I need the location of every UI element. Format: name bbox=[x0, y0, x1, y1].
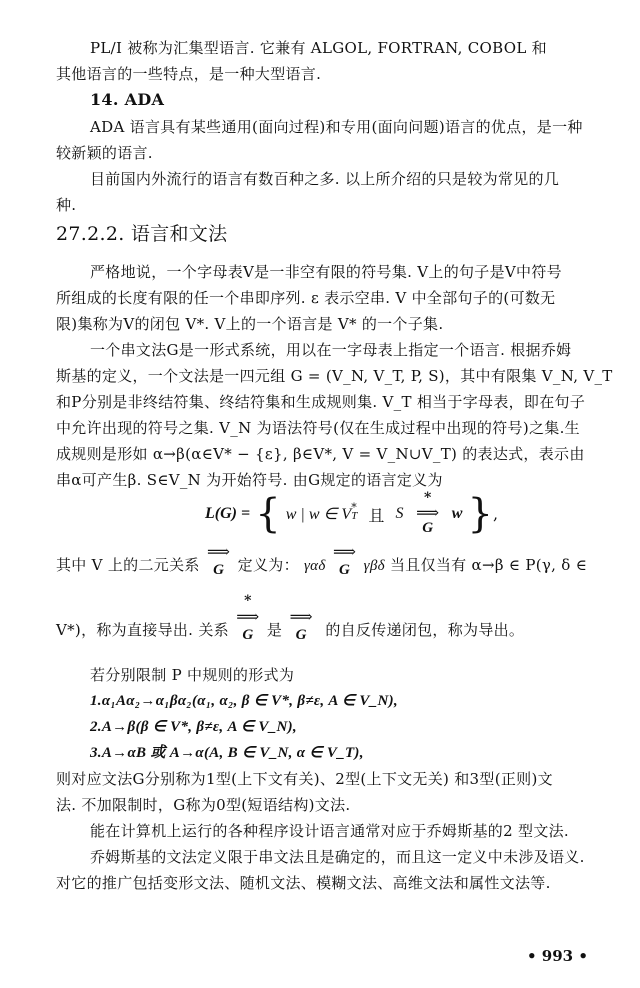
restriction-intro: 若分别限制 P 中规则的形式为 bbox=[90, 665, 294, 685]
body-line: 和P分别是非终结符集、终结符集和生成规则集. V_T 相当于字母表，即在句子 bbox=[56, 392, 585, 412]
direct-derive-arrow: ⟹G bbox=[200, 542, 238, 586]
grammar-label: G bbox=[326, 560, 364, 580]
paragraph-ada-line2: 较新颖的语言. bbox=[56, 143, 153, 163]
page-number: • 993 • bbox=[527, 947, 588, 965]
formula-conj: 且 bbox=[368, 506, 384, 525]
relation-definition: 其中 V 上的二元关系⟹G定义为： γαδ⟹Gγβδ 当且仅当有 α→β ∈ P… bbox=[56, 555, 587, 599]
body-line: 斯基的定义，一个文法是一四元组 G = (V_N, V_T, P, S)，其中有… bbox=[56, 366, 613, 386]
derives-star-arrow: * ⟹ G bbox=[409, 492, 447, 536]
body-line: 严格地说，一个字母表V是一非空有限的符号集. V上的句子是V中符号 bbox=[90, 262, 562, 282]
paragraph-count-line2: 种. bbox=[56, 195, 76, 215]
double-arrow-icon: ⟹ bbox=[282, 607, 320, 627]
relation-text-6: 的自反传递闭包，称为导出。 bbox=[325, 621, 524, 639]
body-line: 成规则是形如 α→β(α∈V* − {ε}, β∈V*, V = V_N∪V_T… bbox=[56, 444, 585, 464]
relation-text-4: V*)，称为直接导出. 关系 bbox=[56, 621, 229, 639]
restriction-conclusion-2: 法. 不加限制时，G称为0型(短语结构)文法. bbox=[56, 795, 350, 815]
relation-closure-line: V*)，称为直接导出. 关系*⟹G是⟹G 的自反传递闭包，称为导出。 bbox=[56, 620, 524, 664]
relation-lhs: γαδ bbox=[304, 558, 326, 574]
relation-text-5: 是 bbox=[267, 621, 282, 639]
relation-text-3: 当且仅当有 α→β ∈ P(γ, δ ∈ bbox=[390, 556, 587, 574]
direct-derive-arrow: ⟹G bbox=[326, 542, 364, 586]
formula-content: w | w ∈ V bbox=[286, 506, 351, 523]
restriction-conclusion-1: 则对应文法G分别称为1型(上下文有关)、2型(上下文无关) 和3型(正则)文 bbox=[56, 769, 553, 789]
rule-type-2: 2.A→β(β ∈ V*, β≠ε, A ∈ V_N), bbox=[90, 717, 297, 737]
formula-start: S bbox=[396, 505, 404, 522]
rule-type-1: 1.α₁Aα₂→α₁βα₂(α₁, α₂, β ∈ V*, β≠ε, A ∈ V… bbox=[90, 691, 398, 711]
double-arrow-icon: ⟹ bbox=[200, 542, 238, 562]
formula-lhs: L(G) = bbox=[205, 505, 250, 522]
grammar-label: G bbox=[282, 625, 320, 645]
double-arrow-icon: ⟹ bbox=[326, 542, 364, 562]
formula-comma: , bbox=[493, 505, 498, 524]
relation-rhs: γβδ bbox=[364, 558, 385, 574]
closing-line-1: 能在计算机上运行的各种程序设计语言通常对应于乔姆斯基的2 型文法. bbox=[90, 821, 569, 841]
formula-target: w bbox=[452, 505, 463, 522]
body-line: 串α可产生β. S∈V_N 为开始符号. 由G规定的语言定义为 bbox=[56, 470, 443, 490]
paragraph-pl1-line2: 其他语言的一些特点，是一种大型语言. bbox=[56, 64, 321, 84]
body-line: 中允许出现的符号之集. V_N 为语法符号(仅在生成过程中出现的符号)之集.生 bbox=[56, 418, 580, 438]
body-line: 所组成的长度有限的任一个串即序列. ε 表示空串. V 中全部句子的(可数无 bbox=[56, 288, 555, 308]
closing-line-3: 对它的推广包括变形文法、随机文法、模糊文法、高维文法和属性文法等. bbox=[56, 873, 551, 893]
paragraph-pl1-line1: PL/I 被称为汇集型语言. 它兼有 ALGOL, FORTRAN, COBOL… bbox=[90, 38, 547, 58]
paragraph-ada-line1: ADA 语言具有某些通用(面向过程)和专用(面向问题)语言的优点，是一种 bbox=[90, 117, 583, 137]
subheading-ada: 14. ADA bbox=[90, 90, 164, 110]
body-line: 一个串文法G是一形式系统，用以在一字母表上指定一个语言. 根据乔姆 bbox=[90, 340, 571, 360]
derive-star-arrow: *⟹G bbox=[229, 607, 267, 651]
formula-subscript: T bbox=[351, 512, 357, 521]
body-line: 限)集称为V的闭包 V*. V上的一个语言是 V* 的一个子集. bbox=[56, 314, 443, 334]
rule-type-3: 3.A→αB 或 A→α(A, B ∈ V_N, α ∈ V_T), bbox=[90, 743, 364, 763]
grammar-label: G bbox=[409, 520, 447, 537]
brace-close: } bbox=[467, 491, 492, 537]
double-arrow-icon: ⟹ bbox=[229, 607, 267, 627]
brace-open: { bbox=[255, 491, 280, 537]
paragraph-count-line1: 目前国内外流行的语言有数百种之多. 以上所介绍的只是较为常见的几 bbox=[90, 169, 559, 189]
relation-text-1: 其中 V 上的二元关系 bbox=[56, 556, 200, 574]
grammar-label: G bbox=[229, 625, 267, 645]
closing-line-2: 乔姆斯基的文法定义限于串文法且是确定的，而且这一定义中未涉及语义. bbox=[90, 847, 585, 867]
section-heading: 27.2.2. 语言和文法 bbox=[56, 224, 227, 244]
direct-derive-arrow: ⟹G bbox=[282, 607, 320, 651]
grammar-label: G bbox=[200, 560, 238, 580]
language-definition-formula: L(G) = { w | w ∈ V*T 且 S * ⟹ G w }, bbox=[205, 492, 498, 542]
relation-text-2: 定义为： bbox=[238, 556, 299, 574]
